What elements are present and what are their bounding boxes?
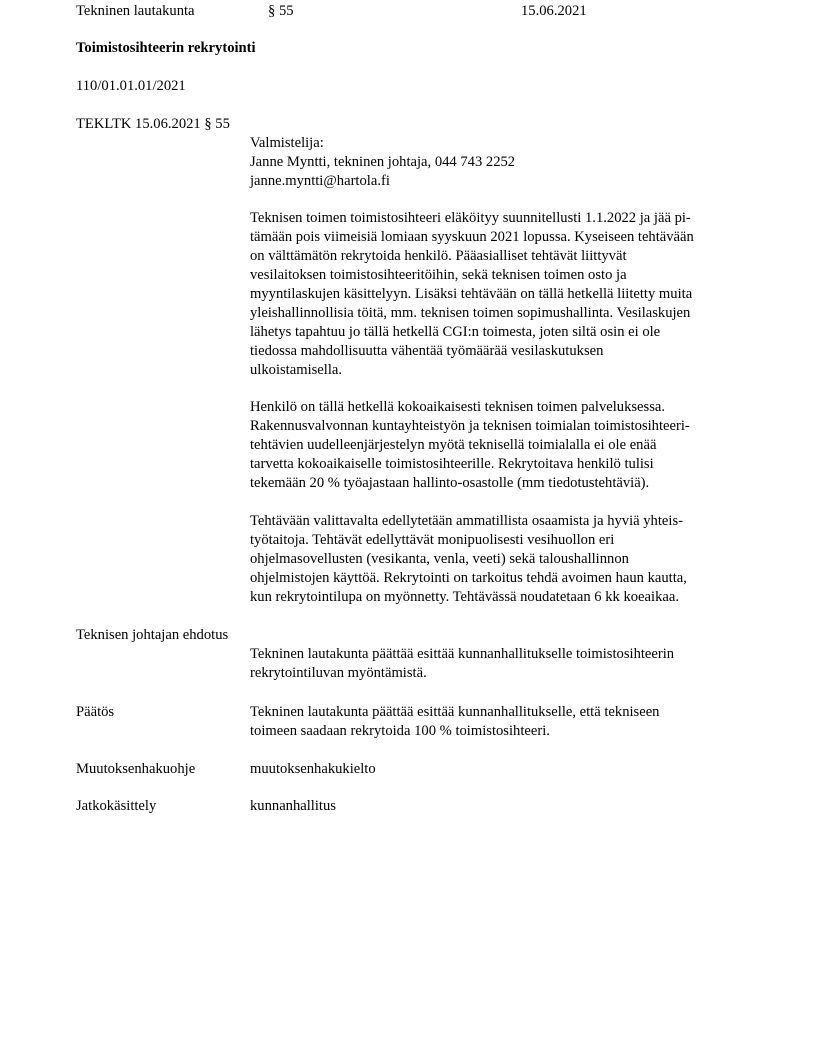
preparer-email: janne.myntti@hartola.fi [250, 172, 750, 191]
paragraph-line: Henkilö on tällä hetkellä kokoaikaisesti… [250, 398, 750, 417]
paragraph-line: tehtävien uudelleenjärjestelyn myötä tek… [250, 436, 750, 455]
paragraph-line: tekemään 20 % työajastaan hallinto-osast… [250, 474, 750, 493]
proposal-label: Teknisen johtajan ehdotus [76, 626, 228, 645]
paragraph-line: Tehtävään valittavalta edellytetään amma… [250, 512, 750, 531]
paragraph-line: ulkoistamisella. [250, 361, 750, 380]
paragraph-line: työtaitoja. Tehtävät edellyttävät monipu… [250, 531, 750, 550]
paragraph-line: tämään pois viimeisiä lomiaan syyskuun 2… [250, 228, 750, 247]
paragraph-line: lähetys tapahtuu jo tällä hetkellä CGI:n… [250, 323, 750, 342]
paragraph-line: vesilaitoksen toimistosihteeritöihin, se… [250, 266, 750, 285]
paragraph-line: ohjelmistojen käyttöä. Rekrytointi on ta… [250, 569, 750, 588]
document-title: Toimistosihteerin rekrytointi [76, 39, 256, 58]
header-section: § 55 [268, 2, 294, 21]
decision-line: Tekninen lautakunta päättää esittää kunn… [250, 703, 750, 722]
record-number: 110/01.01.01/2021 [76, 77, 186, 96]
paragraph-line: tarvetta kokoaikaiselle toimistosihteeri… [250, 455, 750, 474]
paragraph-line: Rakennusvalvonnan kuntayhteistyön ja tek… [250, 417, 750, 436]
decision-label: Päätös [76, 703, 114, 722]
paragraph-line: ohjelmasovellusten (vesikanta, venla, ve… [250, 550, 750, 569]
paragraph-1: Teknisen toimen toimistosihteeri eläköit… [250, 209, 750, 380]
meeting-reference: TEKLTK 15.06.2021 § 55 [76, 115, 230, 134]
appeal-label: Muutoksenhakuohje [76, 760, 195, 779]
paragraph-line: kun rekrytointilupa on myönnetty. Tehtäv… [250, 588, 750, 607]
decision-line: toimeen saadaan rekrytoida 100 % toimist… [250, 722, 750, 741]
preparer-block: Valmistelija: Janne Myntti, tekninen joh… [250, 134, 750, 191]
paragraph-line: Teknisen toimen toimistosihteeri eläköit… [250, 209, 750, 228]
paragraph-line: tiedossa mahdollisuutta vähentää työmäär… [250, 342, 750, 361]
paragraph-line: on välttämätön rekrytoida henkilö. Pääas… [250, 247, 750, 266]
preparer-label: Valmistelija: [250, 134, 750, 153]
further-processing-value: kunnanhallitus [250, 797, 336, 816]
appeal-value: muutoksenhakukielto [250, 760, 376, 779]
paragraph-3: Tehtävään valittavalta edellytetään amma… [250, 512, 750, 607]
paragraph-line: myyntilaskujen käsittelyyn. Lisäksi teht… [250, 285, 750, 304]
decision-text: Tekninen lautakunta päättää esittää kunn… [250, 703, 750, 741]
header-date: 15.06.2021 [521, 2, 587, 21]
preparer-name: Janne Myntti, tekninen johtaja, 044 743 … [250, 153, 750, 172]
header-committee: Tekninen lautakunta [76, 2, 195, 21]
proposal-line: Tekninen lautakunta päättää esittää kunn… [250, 645, 750, 664]
paragraph-line: yleishallinnollisia töitä, mm. teknisen … [250, 304, 750, 323]
proposal-text: Tekninen lautakunta päättää esittää kunn… [250, 645, 750, 683]
further-processing-label: Jatkokäsittely [76, 797, 156, 816]
paragraph-2: Henkilö on tällä hetkellä kokoaikaisesti… [250, 398, 750, 493]
proposal-line: rekrytointiluvan myöntämistä. [250, 664, 750, 683]
